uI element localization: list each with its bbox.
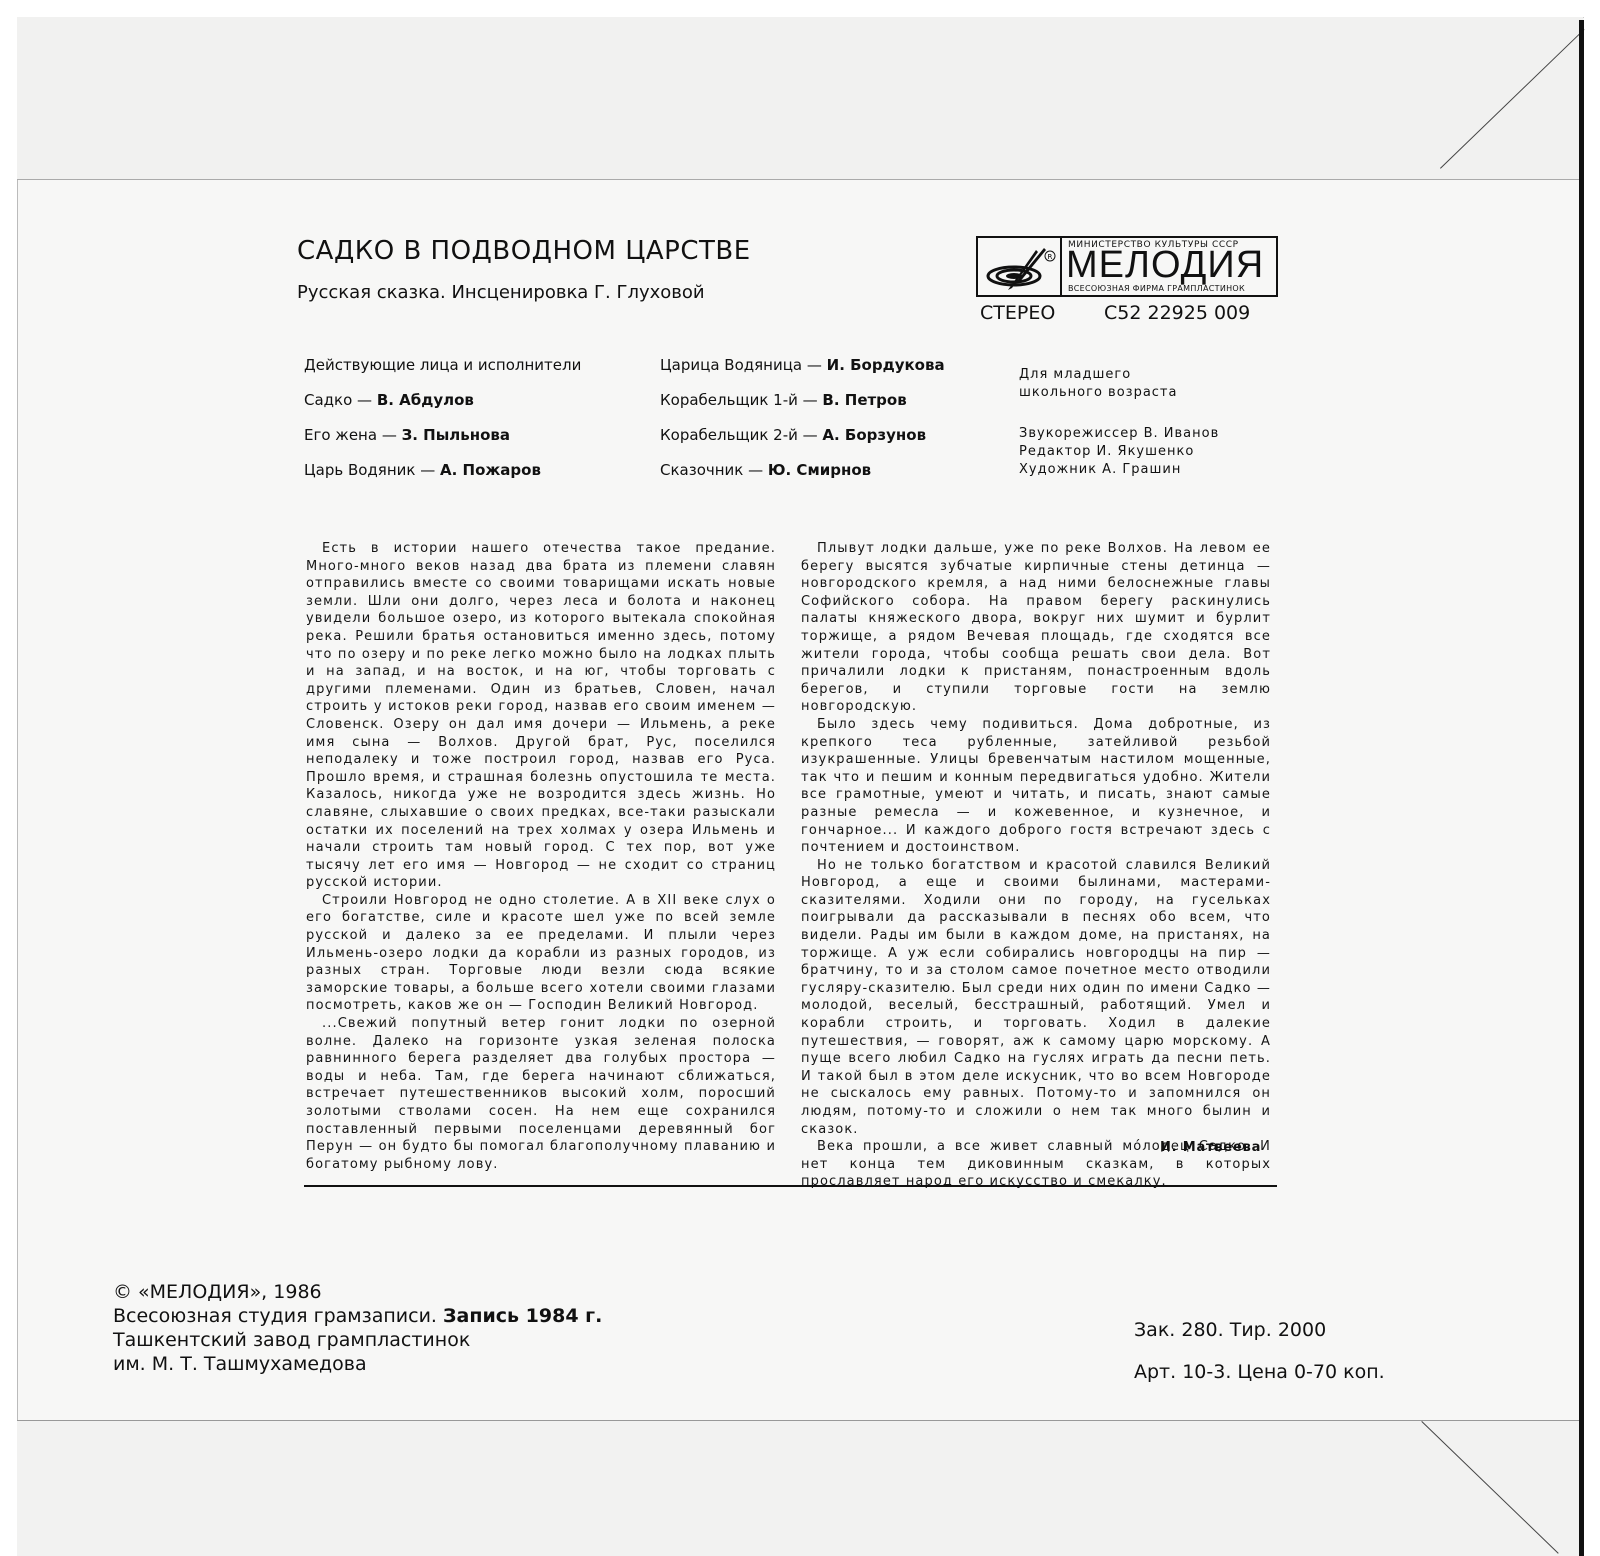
svg-text:R: R [1048, 253, 1053, 261]
cast-actor: И. Бордукова [827, 356, 945, 374]
cast-entry: Сказочник — Ю. Смирнов [660, 461, 945, 496]
cast-entry: Корабельщик 1-й — В. Петров [660, 391, 945, 426]
footer-publisher-info: © «МЕЛОДИЯ», 1986 Всесоюзная студия грам… [113, 1280, 602, 1376]
catalog-number: С52 22925 009 [1104, 302, 1250, 324]
cast-role: Садко — [304, 391, 377, 409]
credit-line: Редактор И. Якушенко [1019, 443, 1219, 461]
cast-actor: А. Пожаров [440, 461, 541, 479]
production-credits: Звукорежиссер В. Иванов Редактор И. Якуш… [1019, 425, 1219, 479]
stereo-label: СТЕРЕО [980, 302, 1055, 324]
essay-paragraph: Плывут лодки дальше, уже по реке Волхов.… [801, 540, 1271, 716]
essay-paragraph: Есть в истории нашего отечества такое пр… [306, 540, 776, 892]
credit-line: Художник А. Грашин [1019, 461, 1219, 479]
copyright-line: © «МЕЛОДИЯ», 1986 [113, 1280, 602, 1304]
essay-paragraph: Но не только богатством и красотой слави… [801, 857, 1271, 1139]
cast-role: Сказочник — [660, 461, 768, 479]
essay-left-column: Есть в истории нашего отечества такое пр… [306, 540, 776, 1173]
cast-role: Царь Водяник — [304, 461, 440, 479]
footer-order-info: Зак. 280. Тир. 2000 Арт. 10-3. Цена 0-70… [1134, 1309, 1385, 1393]
essay-paragraph: ...Свежий попутный ветер гонит лодки по … [306, 1015, 776, 1173]
audience-line: Для младшего [1019, 366, 1177, 384]
cast-entry: Корабельщик 2-й — А. Борзунов [660, 426, 945, 461]
studio-name: Всесоюзная студия грамзаписи. [113, 1305, 443, 1327]
order-line: Зак. 280. Тир. 2000 [1134, 1309, 1385, 1351]
essay-paragraph: Строили Новгород не одно столетие. А в X… [306, 892, 776, 1015]
cast-actor: А. Борзунов [822, 426, 926, 444]
plant-line-2: им. М. Т. Ташмухамедова [113, 1352, 602, 1376]
cast-actor: З. Пыльнова [402, 426, 510, 444]
essay-author: И. Матвеева [1160, 1140, 1261, 1155]
plant-line-1: Ташкентский завод грампластинок [113, 1328, 602, 1352]
divider-rule [304, 1185, 1277, 1187]
essay-paragraph: Было здесь чему подивиться. Дома добротн… [801, 716, 1271, 857]
melodiya-logo: R МИНИСТЕРСТВО КУЛЬТУРЫ СССР МЕЛОДИЯ ВСЕ… [976, 236, 1278, 297]
cast-list-right: Царица Водяница — И. Бордукова Корабельщ… [660, 356, 945, 496]
melodiya-wordmark: МИНИСТЕРСТВО КУЛЬТУРЫ СССР МЕЛОДИЯ ВСЕСО… [1062, 238, 1276, 295]
recording-year: Запись 1984 г. [443, 1305, 602, 1327]
audience-line: школьного возраста [1019, 384, 1177, 402]
cast-entry: Его жена — З. Пыльнова [304, 426, 581, 461]
cast-list-left: Действующие лица и исполнители Садко — В… [304, 356, 581, 496]
logo-firm-text: ВСЕСОЮЗНАЯ ФИРМА ГРАМПЛАСТИНОК [1068, 284, 1245, 293]
cast-role: Его жена — [304, 426, 402, 444]
cast-role: Корабельщик 1-й — [660, 391, 822, 409]
cast-heading: Действующие лица и исполнители [304, 356, 581, 391]
essay-right-column: Плывут лодки дальше, уже по реке Волхов.… [801, 540, 1271, 1191]
cast-actor: Ю. Смирнов [768, 461, 871, 479]
logo-brand-name: МЕЛОДИЯ [1066, 245, 1264, 285]
audience-note: Для младшего школьного возраста [1019, 366, 1177, 402]
studio-line: Всесоюзная студия грамзаписи. Запись 198… [113, 1304, 602, 1328]
cast-role: Царица Водяница — [660, 356, 827, 374]
melodiya-record-emblem-icon: R [978, 238, 1062, 295]
cast-entry: Царица Водяница — И. Бордукова [660, 356, 945, 391]
record-title: САДКО В ПОДВОДНОМ ЦАРСТВЕ [297, 236, 751, 266]
cast-entry: Царь Водяник — А. Пожаров [304, 461, 581, 496]
record-subtitle: Русская сказка. Инсценировка Г. Глуховой [297, 282, 705, 303]
cast-role: Корабельщик 2-й — [660, 426, 822, 444]
price-line: Арт. 10-3. Цена 0-70 коп. [1134, 1351, 1385, 1393]
cast-actor: В. Абдулов [377, 391, 474, 409]
credit-line: Звукорежиссер В. Иванов [1019, 425, 1219, 443]
cast-actor: В. Петров [822, 391, 906, 409]
cast-entry: Садко — В. Абдулов [304, 391, 581, 426]
